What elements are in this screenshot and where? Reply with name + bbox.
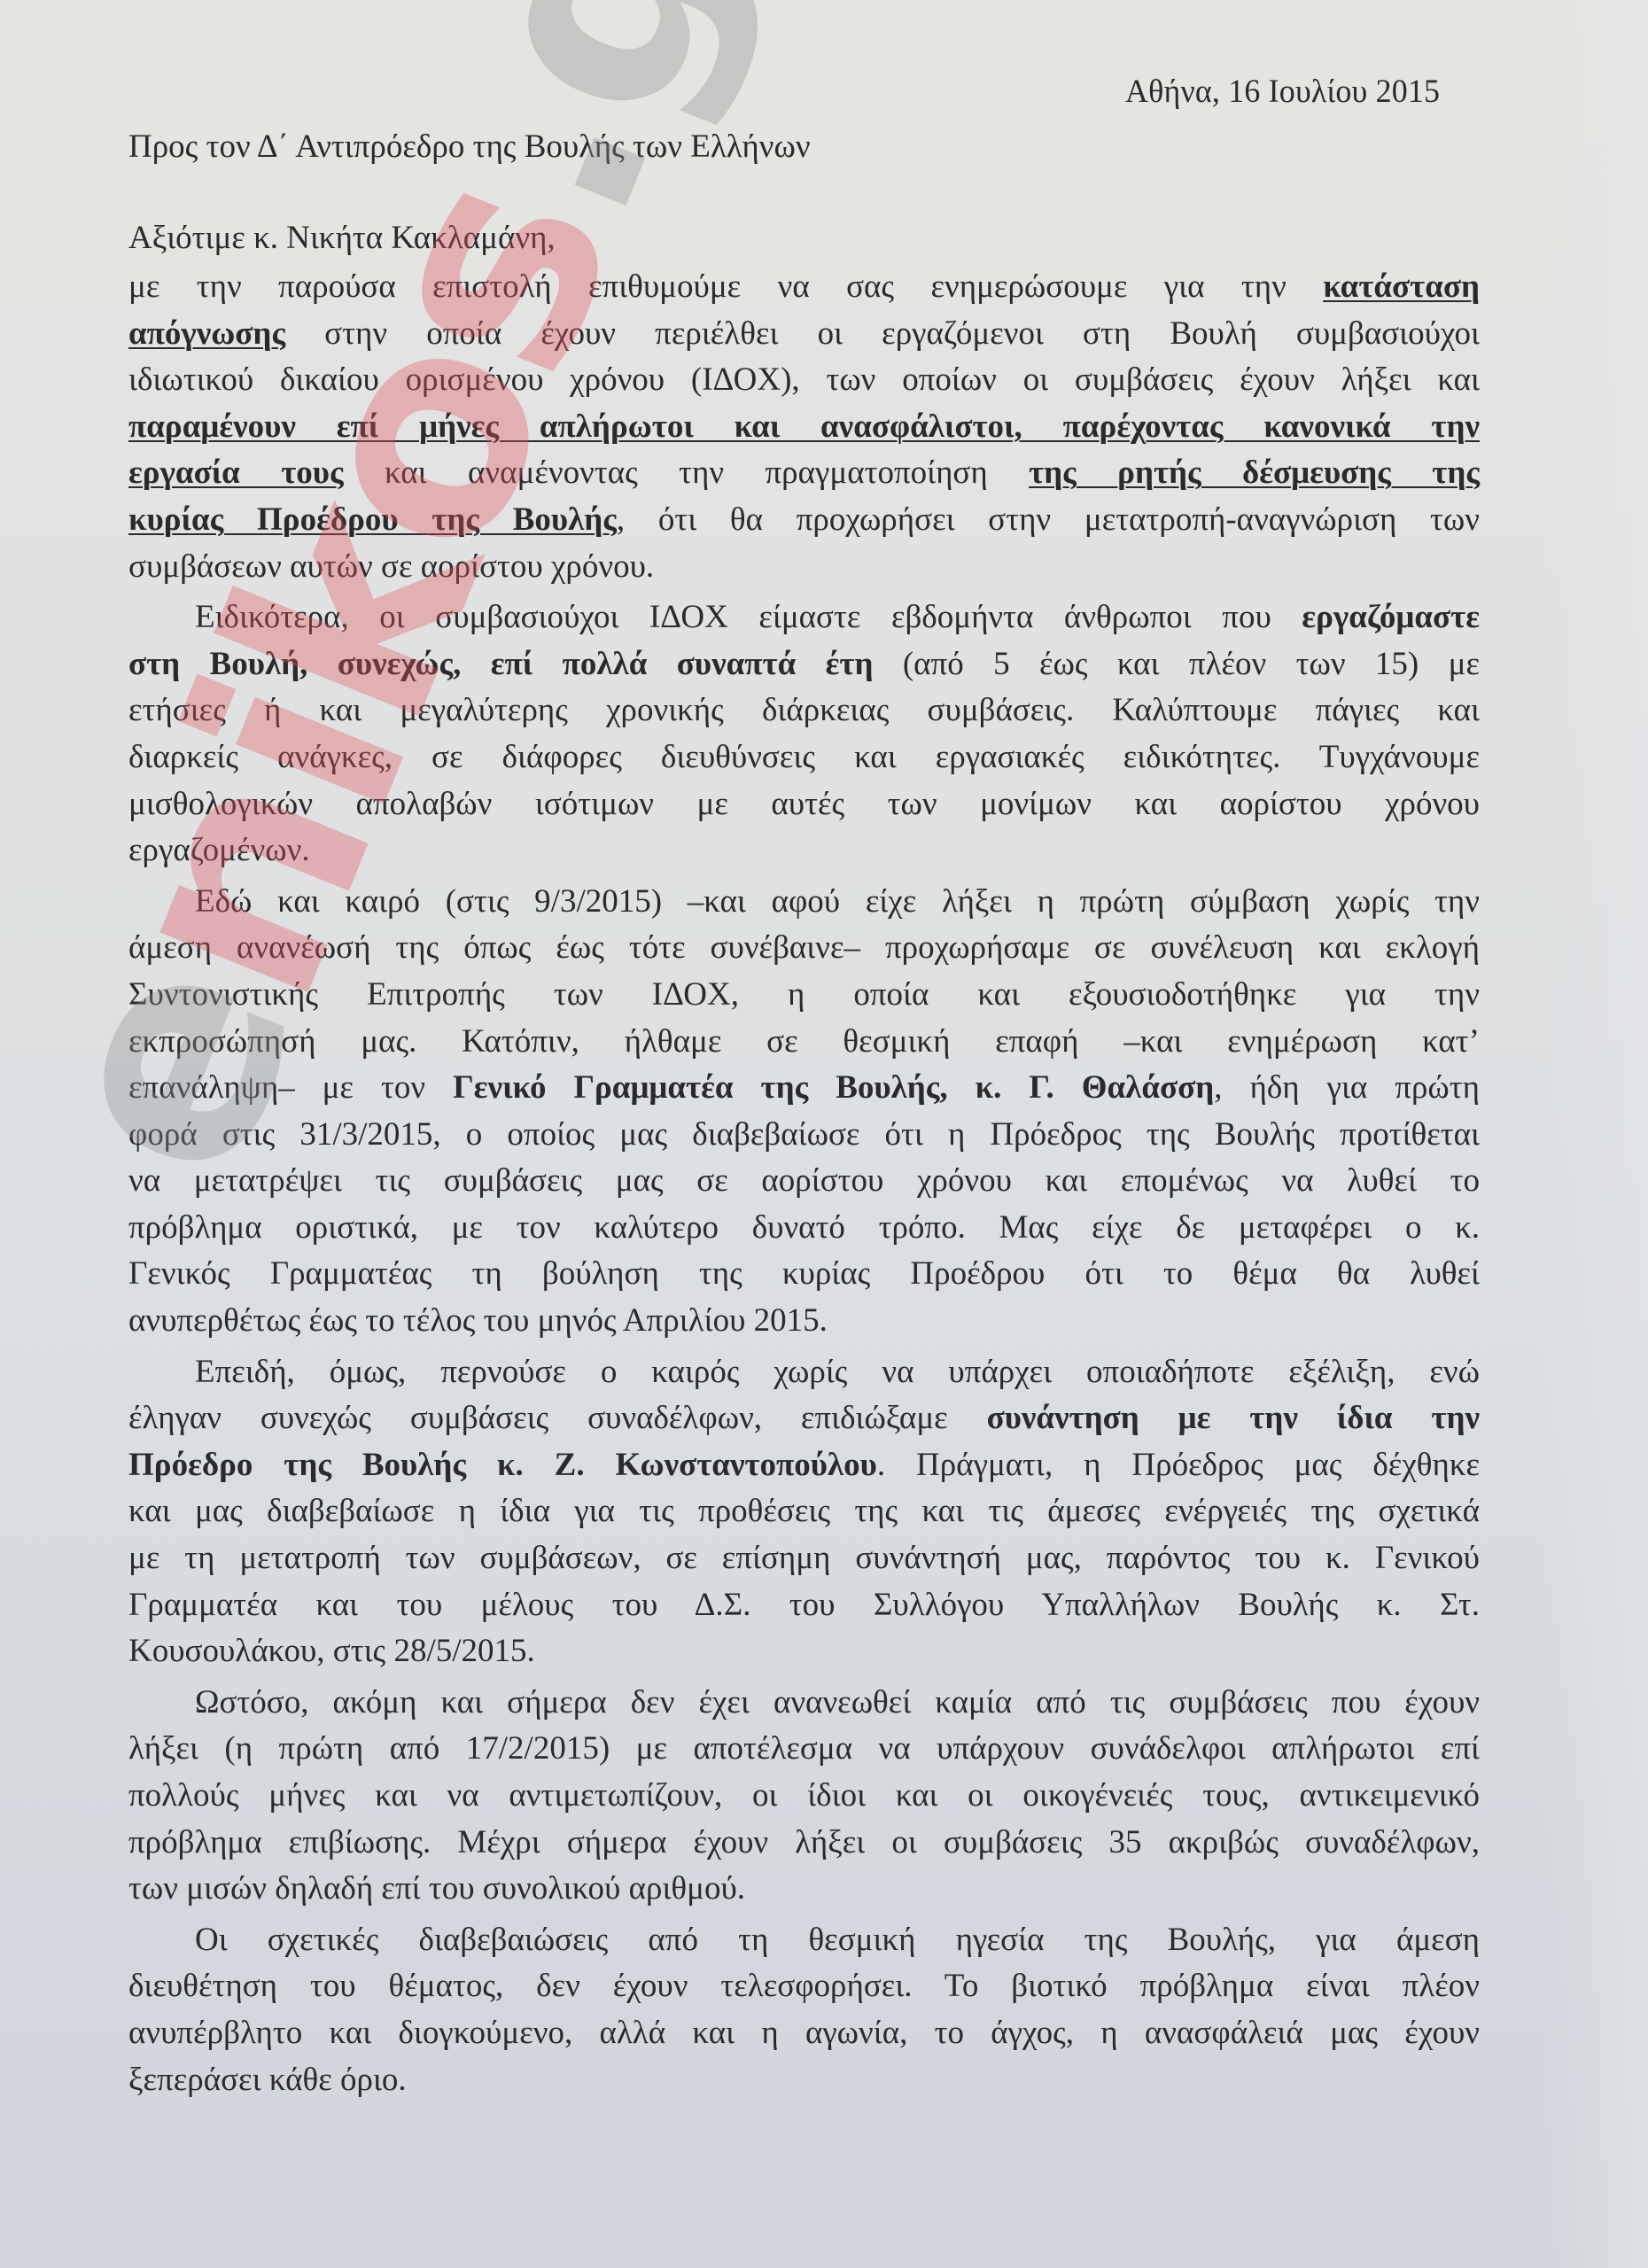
text-line: φορά στις 31/3/2015, ο οποίος μας διαβεβ… [128, 1112, 1480, 1159]
emphasized-text: της ρητής δέσμευσης της [1029, 454, 1480, 491]
text-line: Συντονιστικής Επιτροπής των ΙΔΟΧ, η οποί… [128, 972, 1480, 1019]
text-line: άμεση ανανέωσή της όπως έως τότε συνέβαι… [128, 925, 1480, 972]
text-line: Εδώ και καιρό (στις 9/3/2015) –και αφού … [128, 879, 1480, 926]
paragraph: Επειδή, όμως, περνούσε ο καιρός χωρίς να… [128, 1349, 1480, 1675]
text-segment: πρόβλημα οριστικά, με τον καλύτερο δυνατ… [128, 1209, 1480, 1246]
text-line: πρόβλημα οριστικά, με τον καλύτερο δυνατ… [128, 1205, 1480, 1252]
text-segment: ιδιωτικού δικαίου ορισμένου χρόνου (ΙΔΟΧ… [128, 361, 1480, 398]
text-line: ξεπεράσει κάθε όριο. [128, 2057, 1480, 2104]
text-line: διευθέτηση του θέματος, δεν έχουν τελεσφ… [128, 1963, 1480, 2010]
text-segment: συμβάσεων αυτών σε αορίστου χρόνου. [128, 548, 654, 585]
text-segment: ξεπεράσει κάθε όριο. [128, 2062, 407, 2098]
emphasized-text: συνάντηση με την ίδια την [987, 1400, 1480, 1436]
text-line: πρόβλημα επιβίωσης. Μέχρι σήμερα έχουν λ… [128, 1820, 1480, 1867]
text-segment: Συντονιστικής Επιτροπής των ΙΔΟΧ, η οποί… [128, 976, 1480, 1013]
text-segment: άμεση ανανέωσή της όπως έως τότε συνέβαι… [128, 929, 1480, 966]
text-line: ετήσιες ή και μεγαλύτερης χρονικής διάρκ… [128, 687, 1480, 734]
text-segment: επανάληψη– με τον [128, 1069, 453, 1106]
text-line: να μετατρέψει τις συμβάσεις μας σε αορίσ… [128, 1158, 1480, 1205]
text-segment: πολλούς μήνες και να αντιμετωπίζουν, οι … [128, 1777, 1480, 1814]
text-line: εργασία τους και αναμένοντας την πραγματ… [128, 450, 1480, 497]
text-segment: Οι σχετικές διαβεβαιώσεις από τη θεσμική… [195, 1922, 1480, 1958]
text-segment: και μας διαβεβαίωσε η ίδια για τις προθέ… [128, 1493, 1480, 1529]
letter-page: Αθήνα, 16 Ιουλίου 2015 Προς τον Δ΄ Αντιπ… [0, 0, 1648, 2268]
text-line: παραμένουν επί μήνες απλήρωτοι και ανασφ… [128, 404, 1480, 451]
text-segment: φορά στις 31/3/2015, ο οποίος μας διαβεβ… [128, 1116, 1480, 1153]
text-line: εκπροσώπησή μας. Κατόπιν, ήλθαμε σε θεσμ… [128, 1019, 1480, 1066]
text-segment: διαρκείς ανάγκες, σε διάφορες διευθύνσει… [128, 739, 1480, 775]
emphasized-text: κατάσταση [1323, 268, 1480, 305]
text-line: ιδιωτικού δικαίου ορισμένου χρόνου (ΙΔΟΧ… [128, 357, 1480, 404]
letter-recipient: Προς τον Δ΄ Αντιπρόεδρο της Βουλής των Ε… [128, 128, 811, 166]
text-segment: με τη μετατροπή των συμβάσεων, σε επίσημ… [128, 1540, 1480, 1576]
emphasized-text: εργασία τους [128, 454, 344, 491]
text-line: απόγνωσης στην οποία έχουν περιέλθει οι … [128, 311, 1480, 358]
text-line: συμβάσεων αυτών σε αορίστου χρόνου. [128, 544, 1480, 591]
text-line: με τη μετατροπή των συμβάσεων, σε επίσημ… [128, 1535, 1480, 1582]
emphasized-text: παραμένουν επί μήνες απλήρωτοι και ανασφ… [128, 408, 1480, 445]
text-line: Κουσουλάκου, στις 28/5/2015. [128, 1628, 1480, 1675]
text-segment: πρόβλημα επιβίωσης. Μέχρι σήμερα έχουν λ… [128, 1824, 1480, 1860]
paragraph: Οι σχετικές διαβεβαιώσεις από τη θεσμική… [128, 1917, 1480, 2103]
text-segment: . Πράγματι, η Πρόεδρος μας δέχθηκε [877, 1447, 1480, 1483]
letter-salutation: Αξιότιμε κ. Νικήτα Κακλαμάνη, [128, 219, 556, 257]
letter-date: Αθήνα, 16 Ιουλίου 2015 [1125, 73, 1440, 111]
text-line: επανάληψη– με τον Γενικό Γραμματέα της Β… [128, 1065, 1480, 1112]
text-segment: λήξει (η πρώτη από 17/2/2015) με αποτέλε… [128, 1730, 1480, 1767]
paragraph: Ειδικότερα, οι συμβασιούχοι ΙΔΟΧ είμαστε… [128, 594, 1480, 874]
emphasized-text: στη Βουλή, συνεχώς, επί πολλά συναπτά έτ… [128, 646, 873, 682]
text-line: διαρκείς ανάγκες, σε διάφορες διευθύνσει… [128, 734, 1480, 781]
text-line: των μισών δηλαδή επί του συνολικού αριθμ… [128, 1866, 1480, 1913]
text-segment: και αναμένοντας την πραγματοποίηση [344, 454, 1030, 491]
text-segment: με την παρούσα επιστολή επιθυμούμε να σα… [128, 268, 1323, 305]
text-line: Γενικός Γραμματέας τη βούληση της κυρίας… [128, 1251, 1480, 1298]
text-line: μισθολογικών απολαβών ισότιμων με αυτές … [128, 781, 1480, 828]
paragraph: Ωστόσο, ακόμη και σήμερα δεν έχει ανανεω… [128, 1680, 1480, 1913]
emphasized-text: Γενικό Γραμματέα της Βουλής, κ. Γ. Θαλάσ… [453, 1069, 1214, 1106]
text-segment: έληγαν συνεχώς συμβάσεις συναδέλφων, επι… [128, 1400, 987, 1436]
text-line: και μας διαβεβαίωσε η ίδια για τις προθέ… [128, 1488, 1480, 1535]
paper-shading [1542, 0, 1648, 2268]
emphasized-text: κυρίας Προέδρου της Βουλής [128, 501, 617, 538]
emphasized-text: Πρόεδρο της Βουλής κ. Ζ. Κωνσταντοπούλου [128, 1447, 877, 1483]
text-segment: εργαζομένων. [128, 832, 310, 868]
letter-body: με την παρούσα επιστολή επιθυμούμε να σα… [128, 264, 1480, 2108]
text-line: ανυπερθέτως έως το τέλος του μηνός Απριλ… [128, 1298, 1480, 1345]
text-segment: των μισών δηλαδή επί του συνολικού αριθμ… [128, 1870, 745, 1907]
text-segment: , ήδη για πρώτη [1214, 1069, 1480, 1106]
paragraph: Εδώ και καιρό (στις 9/3/2015) –και αφού … [128, 879, 1480, 1345]
text-line: Πρόεδρο της Βουλής κ. Ζ. Κωνσταντοπούλου… [128, 1442, 1480, 1489]
text-segment: εκπροσώπησή μας. Κατόπιν, ήλθαμε σε θεσμ… [128, 1023, 1480, 1060]
text-segment: διευθέτηση του θέματος, δεν έχουν τελεσφ… [128, 1968, 1480, 2004]
text-line: ανυπέρβλητο και διογκούμενο, αλλά και η … [128, 2010, 1480, 2057]
emphasized-text: εργαζόμαστε [1302, 599, 1480, 635]
text-line: Επειδή, όμως, περνούσε ο καιρός χωρίς να… [128, 1349, 1480, 1396]
text-segment: να μετατρέψει τις συμβάσεις μας σε αορίσ… [128, 1162, 1480, 1199]
text-line: πολλούς μήνες και να αντιμετωπίζουν, οι … [128, 1773, 1480, 1820]
text-segment: ανυπέρβλητο και διογκούμενο, αλλά και η … [128, 2015, 1480, 2051]
text-line: Ειδικότερα, οι συμβασιούχοι ΙΔΟΧ είμαστε… [128, 594, 1480, 641]
text-segment: (από 5 έως και πλέον των 15) με [873, 646, 1480, 682]
text-segment: Ωστόσο, ακόμη και σήμερα δεν έχει ανανεω… [195, 1684, 1480, 1720]
text-line: κυρίας Προέδρου της Βουλής, ότι θα προχω… [128, 497, 1480, 544]
text-segment: ανυπερθέτως έως το τέλος του μηνός Απριλ… [128, 1302, 828, 1339]
text-segment: Επειδή, όμως, περνούσε ο καιρός χωρίς να… [195, 1354, 1480, 1390]
paragraph: με την παρούσα επιστολή επιθυμούμε να σα… [128, 264, 1480, 590]
text-segment: Γραμματέα και του μέλους του Δ.Σ. του Συ… [128, 1587, 1480, 1623]
text-segment: Γενικός Γραμματέας τη βούληση της κυρίας… [128, 1255, 1480, 1292]
text-line: με την παρούσα επιστολή επιθυμούμε να σα… [128, 264, 1480, 311]
text-segment: Ειδικότερα, οι συμβασιούχοι ΙΔΟΧ είμαστε… [195, 599, 1302, 635]
text-line: έληγαν συνεχώς συμβάσεις συναδέλφων, επι… [128, 1395, 1480, 1442]
text-segment: μισθολογικών απολαβών ισότιμων με αυτές … [128, 786, 1480, 822]
text-line: στη Βουλή, συνεχώς, επί πολλά συναπτά έτ… [128, 641, 1480, 688]
text-line: Οι σχετικές διαβεβαιώσεις από τη θεσμική… [128, 1917, 1480, 1964]
text-line: εργαζομένων. [128, 827, 1480, 874]
emphasized-text: απόγνωσης [128, 315, 285, 352]
text-segment: Εδώ και καιρό (στις 9/3/2015) –και αφού … [195, 883, 1480, 920]
text-segment: ετήσιες ή και μεγαλύτερης χρονικής διάρκ… [128, 692, 1480, 728]
text-line: λήξει (η πρώτη από 17/2/2015) με αποτέλε… [128, 1726, 1480, 1773]
text-line: Ωστόσο, ακόμη και σήμερα δεν έχει ανανεω… [128, 1680, 1480, 1727]
text-segment: Κουσουλάκου, στις 28/5/2015. [128, 1633, 535, 1669]
text-segment: στην οποία έχουν περιέλθει οι εργαζόμενο… [285, 315, 1480, 352]
text-segment: , ότι θα προχωρήσει στην μετατροπή-αναγν… [617, 501, 1480, 538]
text-line: Γραμματέα και του μέλους του Δ.Σ. του Συ… [128, 1582, 1480, 1629]
